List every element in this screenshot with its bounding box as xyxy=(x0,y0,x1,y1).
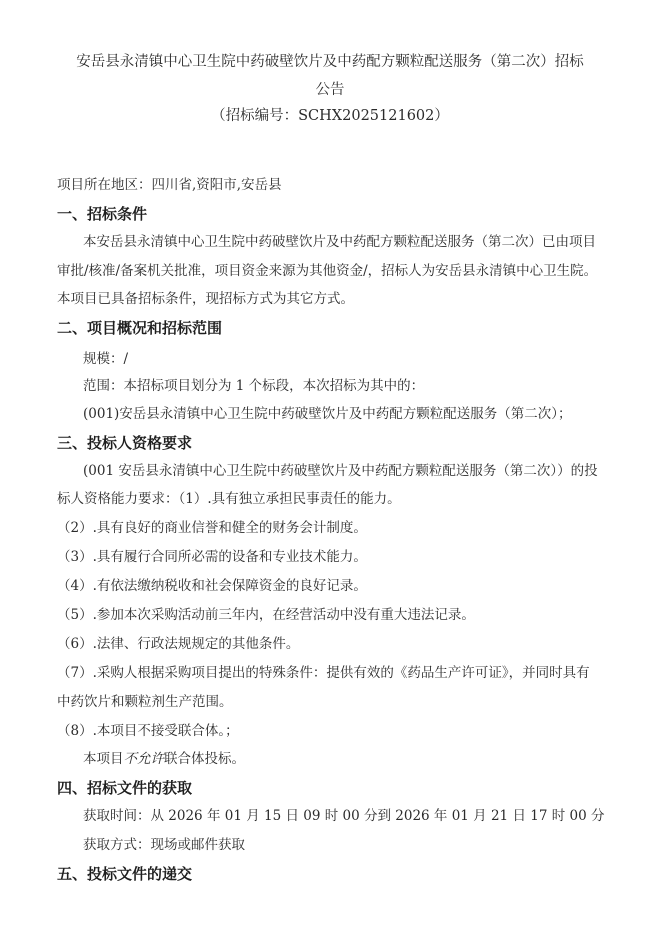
section-2-line: 规模：/ xyxy=(83,350,128,368)
document-title-line-1: 安岳县永清镇中心卫生院中药破壁饮片及中药配方颗粒配送服务（第二次）招标 xyxy=(0,52,660,72)
section-5-heading: 五、投标文件的递交 xyxy=(57,864,192,884)
section-1-line: 本项目已具备招标条件，现招标方式为其它方式。 xyxy=(57,290,354,308)
consortium-suffix: 联合体投标。 xyxy=(164,751,245,767)
section-3-line: （4）.有依法缴纳税收和社会保障资金的良好记录。 xyxy=(57,577,367,595)
section-1-heading: 一、招标条件 xyxy=(57,204,147,224)
section-2-line: (001)安岳县永清镇中心卫生院中药破壁饮片及中药配方颗粒配送服务（第二次）； xyxy=(83,405,572,423)
project-region: 项目所在地区：四川省,资阳市,安岳县 xyxy=(57,176,282,194)
consortium-prefix: 本项目 xyxy=(83,751,124,767)
acquisition-method: 获取方式：现场或邮件获取 xyxy=(83,836,245,854)
section-3-line: （3）.具有履行合同所必需的设备和专业技术能力。 xyxy=(57,548,367,566)
acquisition-time: 获取时间：从 2026 年 01 月 15 日 09 时 00 分到 2026 … xyxy=(83,807,604,825)
section-3-line: 标人资格能力要求：（1）.具有独立承担民事责任的能力。 xyxy=(57,490,401,508)
section-3-line: （8）.本项目不接受联合体。； xyxy=(57,722,239,740)
section-1-line: 审批/核准/备案机关批准，项目资金来源为其他资金/，招标人为安岳县永清镇中心卫生… xyxy=(57,262,597,280)
section-3-heading: 三、投标人资格要求 xyxy=(57,433,192,453)
section-3-line: （2）.具有良好的商业信誉和健全的财务会计制度。 xyxy=(57,519,367,537)
bid-number: （招标编号：SCHX2025121602） xyxy=(0,106,660,126)
section-3-line: （5）.参加本次采购活动前三年内，在经营活动中没有重大违法记录。 xyxy=(57,606,475,624)
section-3-line: （6）.法律、行政法规规定的其他条件。 xyxy=(57,635,299,653)
section-3-line: (001 安岳县永清镇中心卫生院中药破壁饮片及中药配方颗粒配送服务（第二次））的… xyxy=(83,462,598,480)
consortium-statement: 本项目不允许联合体投标。 xyxy=(83,750,245,768)
section-1-line: 本安岳县永清镇中心卫生院中药破壁饮片及中药配方颗粒配送服务（第二次）已由项目 xyxy=(83,233,596,251)
section-3-line: （7）.采购人根据采购项目提出的特殊条件：提供有效的《药品生产许可证》，并同时具… xyxy=(57,664,590,682)
section-2-line: 范围：本招标项目划分为 1 个标段，本次招标为其中的： xyxy=(83,377,424,395)
document-title-line-2: 公告 xyxy=(0,80,660,100)
section-4-heading: 四、招标文件的获取 xyxy=(57,778,192,798)
consortium-not-allowed: 不允许 xyxy=(124,751,165,767)
section-3-line: 中药饮片和颗粒剂生产范围。 xyxy=(57,693,233,711)
section-2-heading: 二、项目概况和招标范围 xyxy=(57,318,222,338)
